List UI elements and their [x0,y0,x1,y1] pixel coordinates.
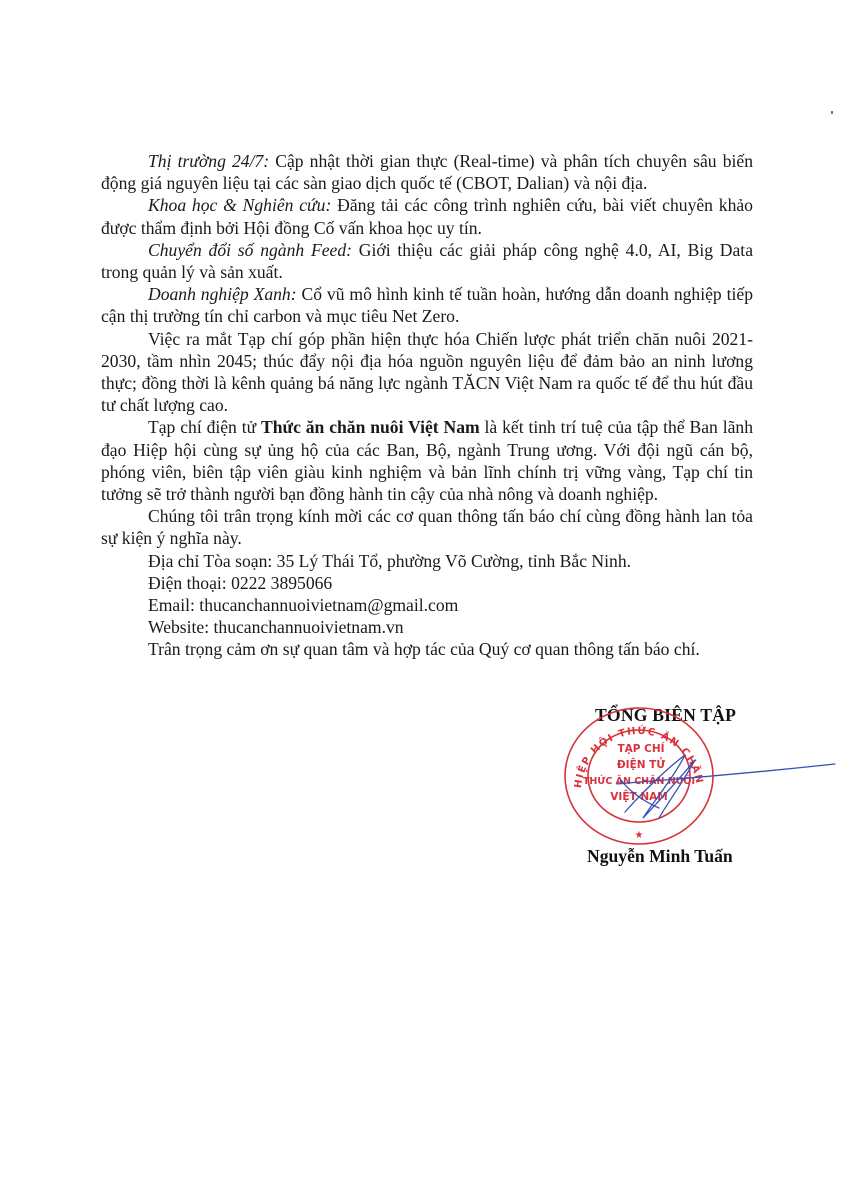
contact-email: Email: thucanchannuoivietnam@gmail.com [101,594,753,616]
paragraph-lead: Thị trường 24/7: [148,151,269,171]
signature-block: TỔNG BIÊN TẬP HIỆP HỘI THỨC ĂN CHĂN NUÔI… [555,700,845,875]
paragraph-text: Chúng tôi trân trọng kính mời các cơ qua… [101,506,753,548]
official-stamp-icon: HIỆP HỘI THỨC ĂN CHĂN NUÔI VIỆT NAM TẠP … [561,704,717,849]
paragraph-science: Khoa học & Nghiên cứu: Đăng tải các công… [101,194,753,238]
paragraph-lead: Khoa học & Nghiên cứu: [148,195,331,215]
paragraph-digital: Chuyển đổi số ngành Feed: Giới thiệu các… [101,239,753,283]
paragraph-about: Tạp chí điện tử Thức ăn chăn nuôi Việt N… [101,416,753,505]
paragraph-lead: Chuyển đổi số ngành Feed: [148,240,352,260]
signatory-name: Nguyễn Minh Tuấn [587,846,733,867]
paragraph-prefix: Tạp chí điện tử [148,417,261,437]
svg-text:ĐIỆN TỬ: ĐIỆN TỬ [617,757,665,771]
letter-body: Thị trường 24/7: Cập nhật thời gian thực… [101,150,753,661]
svg-text:THỨC ĂN CHĂN NUÔI: THỨC ĂN CHĂN NUÔI [583,775,695,787]
paragraph-text: Việc ra mắt Tạp chí góp phần hiện thực h… [101,329,753,416]
contact-phone: Điện thoại: 0222 3895066 [101,572,753,594]
paragraph-lead: Doanh nghiệp Xanh: [148,284,297,304]
closing-thanks: Trân trọng cảm ơn sự quan tâm và hợp tác… [101,638,753,660]
svg-text:★: ★ [635,830,644,841]
paragraph-invite: Chúng tôi trân trọng kính mời các cơ qua… [101,505,753,549]
scan-speck [831,111,833,114]
paragraph-green: Doanh nghiệp Xanh: Cổ vũ mô hình kinh tế… [101,283,753,327]
paragraph-market: Thị trường 24/7: Cập nhật thời gian thực… [101,150,753,194]
svg-text:VIỆT NAM: VIỆT NAM [610,790,667,803]
contact-website: Website: thucanchannuoivietnam.vn [101,616,753,638]
paragraph-launch: Việc ra mắt Tạp chí góp phần hiện thực h… [101,328,753,417]
contact-address: Địa chỉ Tòa soạn: 35 Lý Thái Tổ, phường … [101,550,753,572]
magazine-name: Thức ăn chăn nuôi Việt Nam [261,417,480,437]
svg-text:TẠP CHÍ: TẠP CHÍ [617,742,664,755]
